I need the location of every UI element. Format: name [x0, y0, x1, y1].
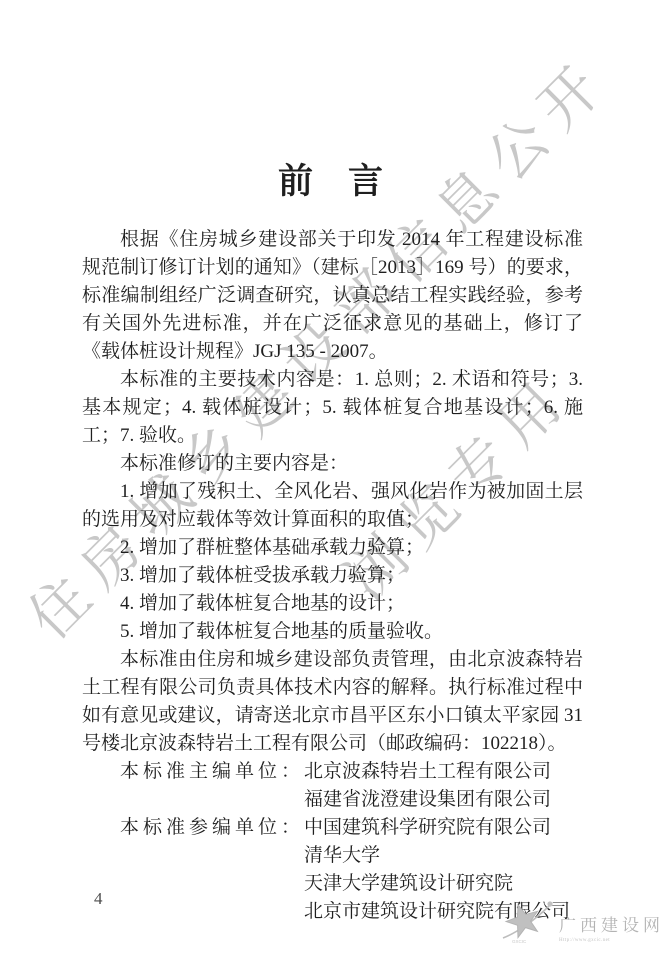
credit-value: 北京波森特岩土工程有限公司	[304, 758, 583, 786]
list-item: 2. 增加了群桩整体基础承载力验算；	[82, 534, 583, 562]
credit-label: 本标准参编单位：	[82, 814, 304, 926]
site-logo-name: 广西建设网	[559, 911, 661, 936]
page-title: 前 言	[0, 154, 661, 204]
list-item: 4. 增加了载体桩复合地基的设计；	[82, 590, 583, 618]
list-item: 5. 增加了载体桩复合地基的质量验收。	[82, 618, 583, 646]
paragraph: 本标准由住房和城乡建设部负责管理，由北京波森特岩土工程有限公司负责具体技术内容的…	[82, 646, 583, 758]
credit-label: 本标准主编单位：	[82, 758, 304, 814]
site-logo-tagline: Http://www.gxcic.net	[559, 938, 661, 943]
paragraph: 本标准的主要技术内容是：1. 总则；2. 术语和符号；3. 基本规定；4. 载体…	[82, 366, 583, 450]
credit-value: 清华大学	[304, 842, 583, 870]
svg-text:GXCIC: GXCIC	[512, 939, 527, 944]
list-item: 3. 增加了载体桩受拔承载力验算；	[82, 562, 583, 590]
page-number: 4	[94, 889, 103, 909]
site-logo-text: 广西建设网 Http://www.gxcic.net	[559, 891, 661, 943]
site-logo: GXCIC 广西建设网 Http://www.gxcic.net	[500, 891, 661, 952]
shooting-star-icon: GXCIC	[500, 891, 556, 952]
paragraph: 本标准修订的主要内容是：	[82, 450, 583, 478]
credit-value: 中国建筑科学研究院有限公司	[304, 814, 583, 842]
list-item: 1. 增加了残积土、全风化岩、强风化岩作为被加固土层的选用及对应载体等效计算面积…	[82, 478, 583, 534]
credit-values: 北京波森特岩土工程有限公司 福建省泷澄建设集团有限公司	[304, 758, 583, 814]
document-page: 住房城乡建设部信息公开 浏览专用 前 言 根据《住房城乡建设部关于印发 2014…	[0, 0, 661, 958]
credit-row-chief-editor: 本标准主编单位： 北京波森特岩土工程有限公司 福建省泷澄建设集团有限公司	[82, 758, 583, 814]
credit-value: 福建省泷澄建设集团有限公司	[304, 786, 583, 814]
preface-body: 根据《住房城乡建设部关于印发 2014 年工程建设标准规范制订修订计划的通知》（…	[82, 226, 583, 926]
paragraph: 根据《住房城乡建设部关于印发 2014 年工程建设标准规范制订修订计划的通知》（…	[82, 226, 583, 366]
